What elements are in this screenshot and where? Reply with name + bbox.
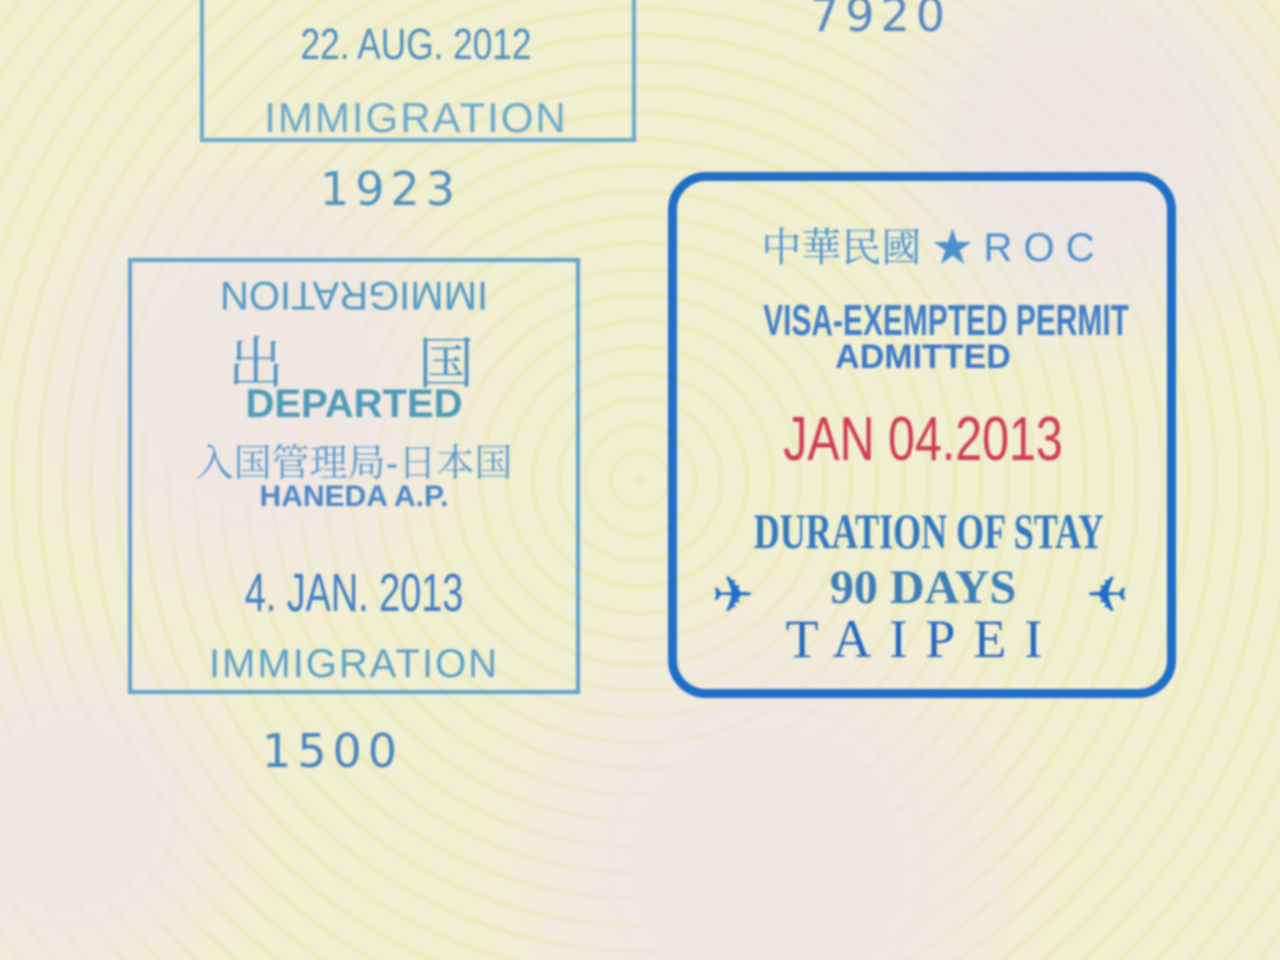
departure-office: 入国管理局-日本国 (128, 432, 580, 487)
taiwan-entry-stamp: 中華民國 ★ R O C VISA-EXEMPTED PERMIT ADMITT… (668, 172, 1180, 702)
duration-label: DURATION OF STAY (754, 502, 1092, 560)
stamp-date: 22. AUG. 2012 (243, 20, 589, 70)
entry-date: JAN 04.2013 (740, 404, 1107, 475)
city-line: TAIPEI (688, 608, 1158, 670)
departure-stamp-haneda: IMMIGRATION 出 国 DEPARTED 入国管理局-日本国 HANED… (128, 258, 580, 698)
departure-status: DEPARTED (128, 382, 580, 427)
departure-header: IMMIGRATION (128, 272, 580, 317)
stamp-number-1923: 1923 (320, 162, 461, 216)
departure-date: 4. JAN. 2013 (196, 562, 512, 624)
stamp-label: IMMIGRATION (200, 94, 632, 142)
departure-footer: IMMIGRATION (128, 642, 580, 687)
stamp-number-7920: 7920 (810, 0, 951, 42)
stamp-number-1500: 1500 (262, 724, 403, 778)
country-line: 中華民國 ★ R O C (698, 216, 1158, 273)
admitted-line: ADMITTED (688, 338, 1158, 377)
departure-airport: HANEDA A.P. (128, 480, 580, 514)
